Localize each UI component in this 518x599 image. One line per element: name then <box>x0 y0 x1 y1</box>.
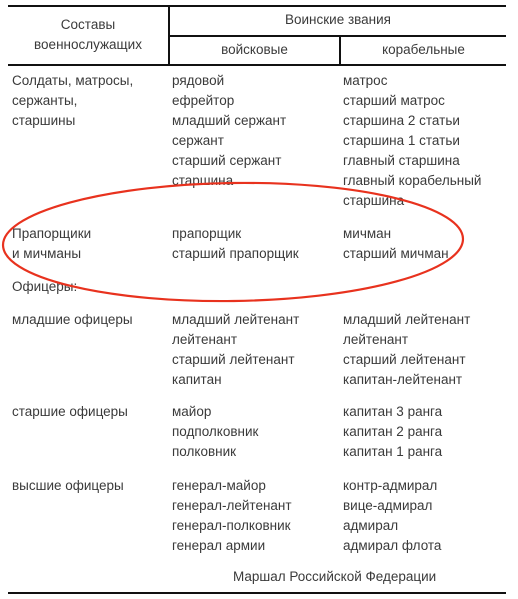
rank-item: генерал-лейтенант <box>172 496 292 516</box>
rank-item: генерал армии <box>172 536 292 556</box>
rank-item: ефрейтор <box>172 91 286 111</box>
section-label-officers: Офицеры: <box>12 277 77 297</box>
table-bottom-rule <box>8 592 506 594</box>
rank-item: старшина <box>172 171 286 191</box>
rank-item: главный корабельный <box>343 171 481 191</box>
rank-item: старшина 2 статьи <box>343 111 481 131</box>
group-label-cell: Солдаты, матросы,сержанты,старшины <box>12 71 133 131</box>
header-army-column: войсковые <box>170 40 339 60</box>
table-top-rule <box>8 5 506 7</box>
army-ranks-cell: генерал-майоргенерал-лейтенантгенерал-по… <box>172 476 292 556</box>
rank-item: подполковник <box>172 422 258 442</box>
rank-item: старший лейтенант <box>172 350 299 370</box>
header-bottom-rule <box>8 64 506 66</box>
group-label-cell: высшие офицеры <box>12 476 124 496</box>
group-label-cell: младшие офицеры <box>12 310 133 330</box>
group-label-cell: Прапорщикии мичманы <box>12 224 91 264</box>
rank-item: младший лейтенант <box>172 310 299 330</box>
header-ranks-title: Воинские звания <box>170 10 506 30</box>
rank-item: рядовой <box>172 71 286 91</box>
group-label-line: высшие офицеры <box>12 476 124 496</box>
header-navy-column: корабельные <box>341 40 506 60</box>
rank-item: старший прапорщик <box>172 244 299 264</box>
army-ranks-cell: прапорщикстарший прапорщик <box>172 224 299 264</box>
group-label-line: Прапорщики <box>12 224 91 244</box>
rank-item: адмирал флота <box>343 536 441 556</box>
rank-item: старший мичман <box>343 244 449 264</box>
rank-item: старший лейтенант <box>343 350 470 370</box>
rank-item: главный старшина <box>343 151 481 171</box>
rank-item: старший матрос <box>343 91 481 111</box>
army-ranks-cell: майорподполковникполковник <box>172 402 258 462</box>
army-ranks-cell: рядовойефрейтормладший сержантсержантста… <box>172 71 286 191</box>
footer-marshal-rank: Маршал Российской Федерации <box>233 567 436 587</box>
rank-item: адмирал <box>343 516 441 536</box>
group-label-line: и мичманы <box>12 244 91 264</box>
header-split-rule <box>168 35 506 37</box>
rank-item: сержант <box>172 131 286 151</box>
rank-item: контр-адмирал <box>343 476 441 496</box>
header-composition: Составы военнослужащих <box>8 15 168 55</box>
navy-ranks-cell: мичманстарший мичман <box>343 224 449 264</box>
rank-item: мичман <box>343 224 449 244</box>
rank-item: лейтенант <box>343 330 470 350</box>
navy-ranks-cell: контр-адмиралвице-адмираладмираладмирал … <box>343 476 441 556</box>
header-composition-line-2: военнослужащих <box>8 35 168 55</box>
rank-item: лейтенант <box>172 330 299 350</box>
rank-item: старший сержант <box>172 151 286 171</box>
rank-item: капитан-лейтенант <box>343 370 470 390</box>
rank-item: вице-адмирал <box>343 496 441 516</box>
group-label-line: старшины <box>12 111 133 131</box>
rank-item: капитан <box>172 370 299 390</box>
navy-ranks-cell: капитан 3 рангакапитан 2 рангакапитан 1 … <box>343 402 442 462</box>
rank-item: капитан 3 ранга <box>343 402 442 422</box>
army-ranks-cell: младший лейтенантлейтенантстарший лейтен… <box>172 310 299 390</box>
rank-item: прапорщик <box>172 224 299 244</box>
rank-item: полковник <box>172 442 258 462</box>
navy-ranks-cell: матросстарший матросстаршина 2 статьиста… <box>343 71 481 211</box>
rank-item: старшина 1 статьи <box>343 131 481 151</box>
rank-item: капитан 2 ранга <box>343 422 442 442</box>
rank-item: младший лейтенант <box>343 310 470 330</box>
rank-item: матрос <box>343 71 481 91</box>
rank-item: старшина <box>343 191 481 211</box>
rank-item: майор <box>172 402 258 422</box>
group-label-line: Солдаты, матросы, <box>12 71 133 91</box>
rank-item: капитан 1 ранга <box>343 442 442 462</box>
group-label-line: сержанты, <box>12 91 133 111</box>
rank-item: генерал-майор <box>172 476 292 496</box>
group-label-line: старшие офицеры <box>12 402 128 422</box>
rank-item: генерал-полковник <box>172 516 292 536</box>
header-composition-line-1: Составы <box>8 15 168 35</box>
navy-ranks-cell: младший лейтенантлейтенантстарший лейтен… <box>343 310 470 390</box>
rank-item: младший сержант <box>172 111 286 131</box>
group-label-line: младшие офицеры <box>12 310 133 330</box>
group-label-cell: старшие офицеры <box>12 402 128 422</box>
